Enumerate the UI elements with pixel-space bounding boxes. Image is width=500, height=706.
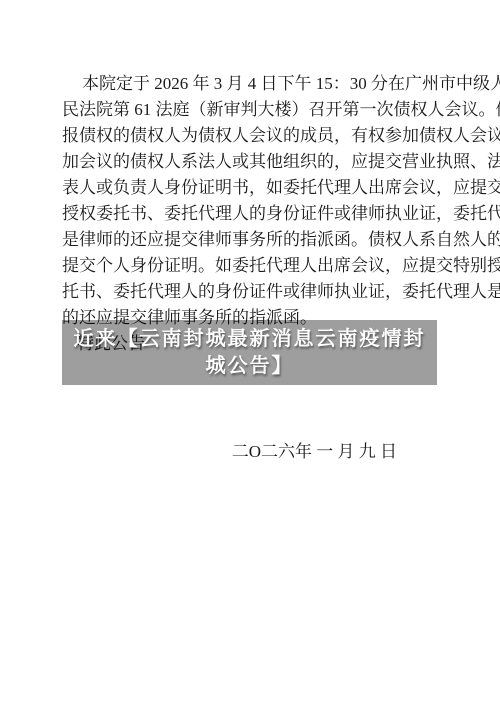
paragraph-line: 是律师的还应提交律师事务所的指派函。债权人系自然人的，应 (62, 227, 437, 253)
paragraph-line: 加会议的债权人系法人或其他组织的，应提交营业执照、法定代 (62, 149, 437, 175)
paragraph-line: 民法院第 61 法庭（新审判大楼）召开第一次债权人会议。依法申 (62, 97, 437, 123)
paragraph-line: 提交个人身份证明。如委托代理人出席会议，应提交特别授权委 (62, 253, 437, 279)
watermark-caption-line: 近来【云南封城最新消息云南疫情封 (74, 326, 426, 353)
watermark-caption-banner: 近来【云南封城最新消息云南疫情封 城公告】 (62, 320, 437, 385)
watermark-caption-line: 城公告】 (206, 353, 294, 380)
notice-body: 本院定于 2026 年 3 月 4 日下午 15：30 分在广州市中级人 民法院… (62, 71, 437, 357)
document-date: 二O二六年 一 月 九 日 (62, 439, 437, 465)
paragraph-line: 表人或负责人身份证明书，如委托代理人出席会议，应提交特别 (62, 175, 437, 201)
document-page: 本院定于 2026 年 3 月 4 日下午 15：30 分在广州市中级人 民法院… (0, 0, 500, 706)
paragraph-line: 本院定于 2026 年 3 月 4 日下午 15：30 分在广州市中级人 (62, 71, 437, 97)
paragraph-line: 授权委托书、委托代理人的身份证件或律师执业证，委托代理人 (62, 201, 437, 227)
paragraph-line: 托书、委托代理人的身份证件或律师执业证，委托代理人是律师 (62, 279, 437, 305)
paragraph-line: 报债权的债权人为债权人会议的成员，有权参加债权人会议。参 (62, 123, 437, 149)
